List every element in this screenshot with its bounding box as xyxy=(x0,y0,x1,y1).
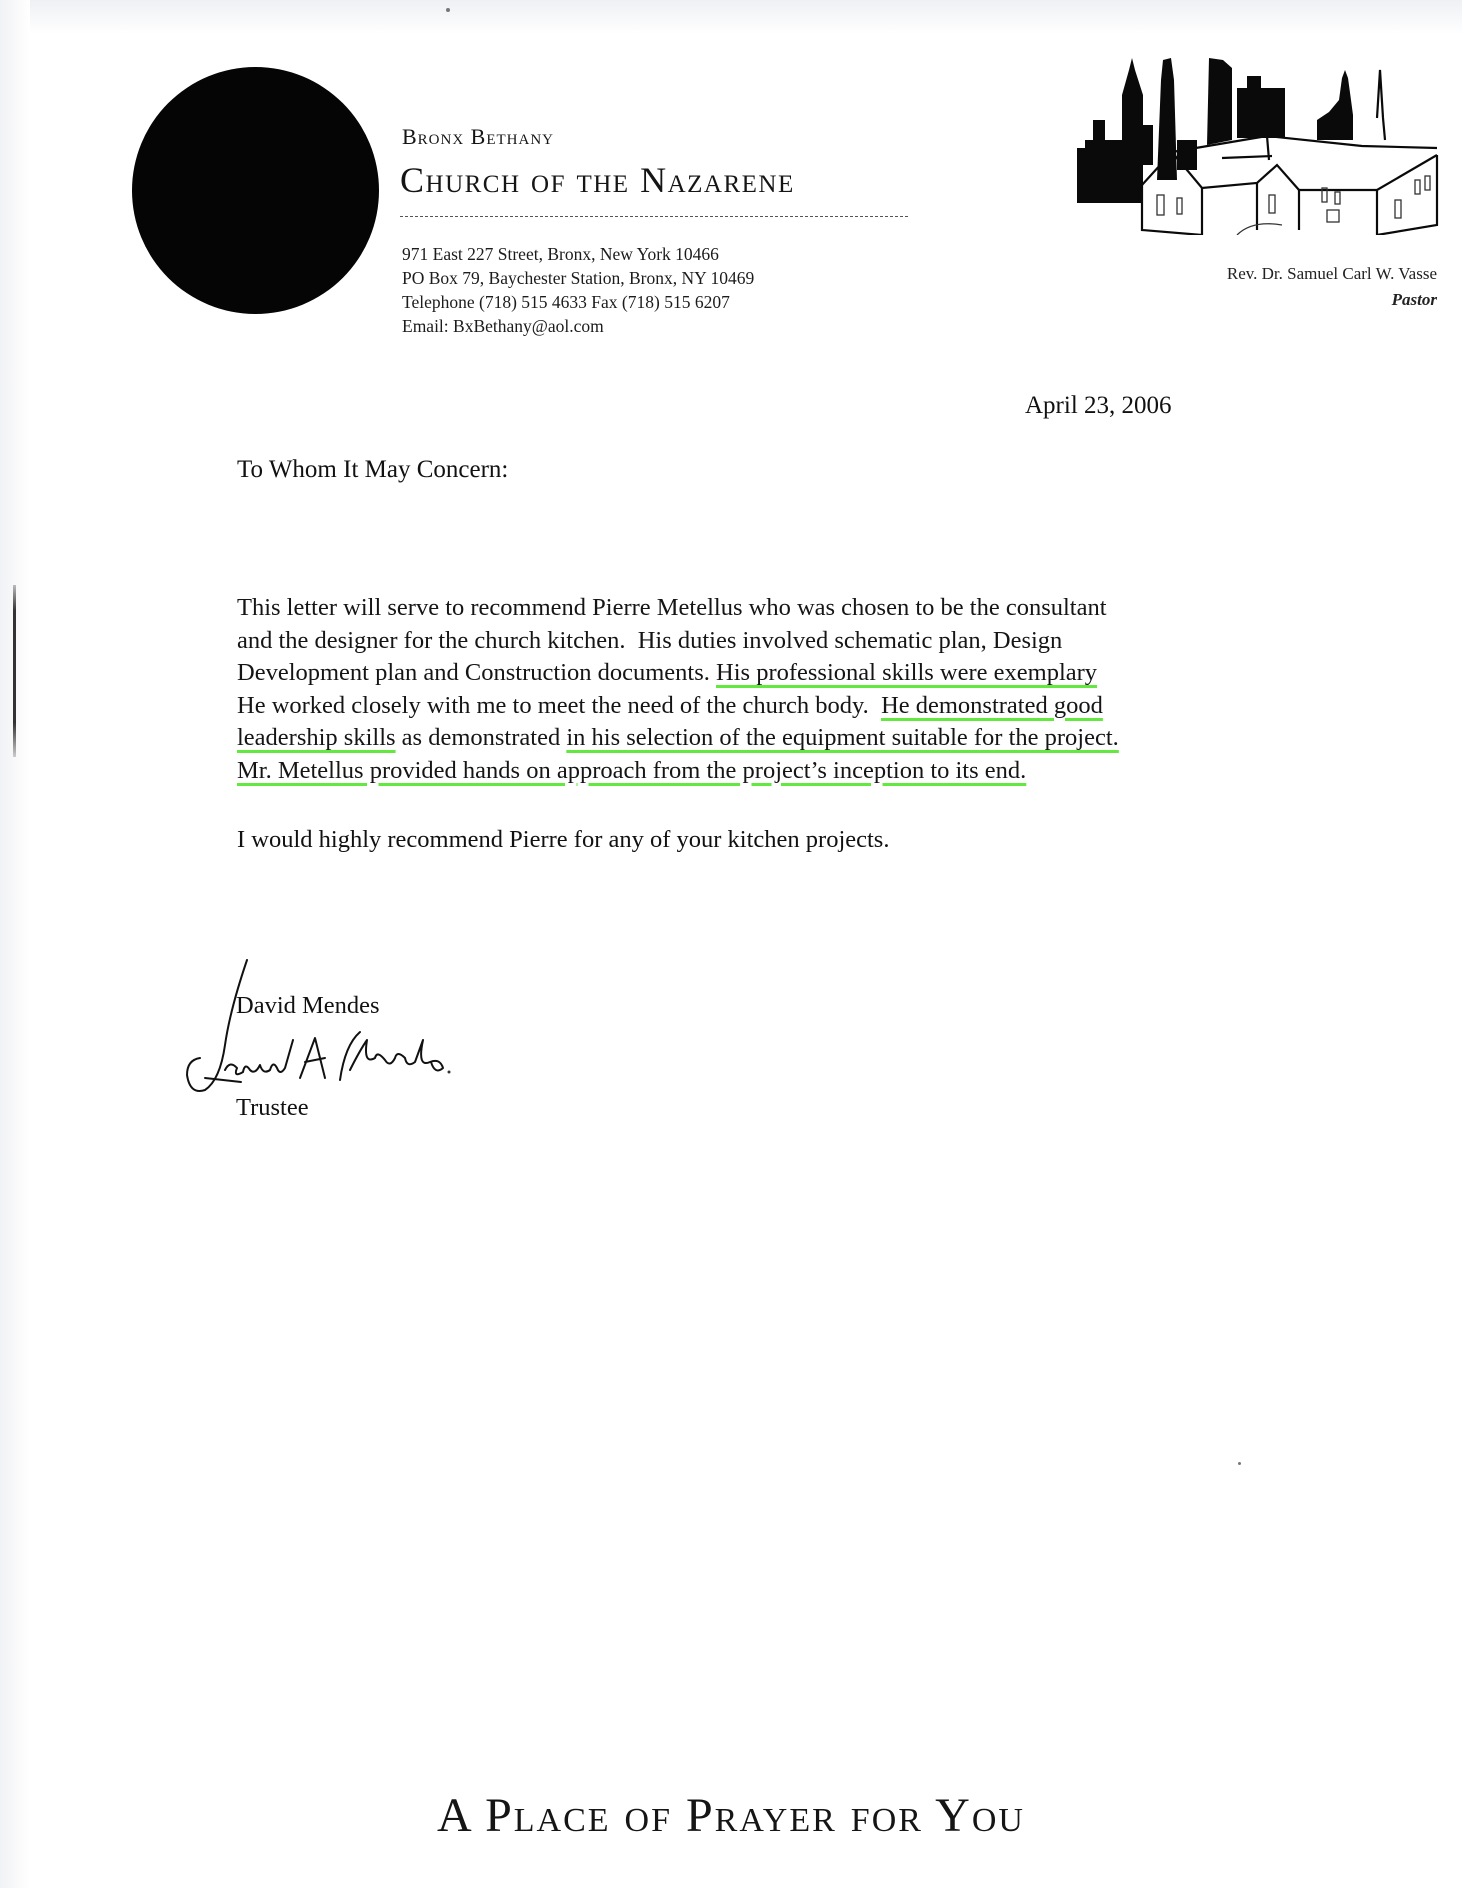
letter-closing: I would highly recommend Pierre for any … xyxy=(237,826,889,854)
body-text: This letter will serve to recommend Pier… xyxy=(237,594,1107,621)
pastor-title: Pastor xyxy=(1392,290,1437,310)
highlighted-text: in his selection of the equipment suitab… xyxy=(566,724,1118,751)
body-line: Mr. Metellus provided hands on approach … xyxy=(237,757,1026,785)
address-email: Email: BxBethany@aol.com xyxy=(402,316,604,337)
body-text: and the designer for the church kitchen.… xyxy=(237,627,1062,654)
letter-date: April 23, 2006 xyxy=(1025,392,1172,420)
body-line: He worked closely with me to meet the ne… xyxy=(237,692,1103,720)
body-line: and the designer for the church kitchen.… xyxy=(237,627,1062,655)
scan-edge-left xyxy=(0,0,30,1888)
footer-tagline: A Place of Prayer for You xyxy=(0,1788,1462,1843)
body-text: He worked closely with me to meet the ne… xyxy=(237,692,881,719)
highlighted-text: He demonstrated good xyxy=(881,692,1103,719)
highlighted-text: His professional skills were exemplary xyxy=(716,659,1097,686)
signer-name: David Mendes xyxy=(236,992,380,1020)
body-line: leadership skills as demonstrated in his… xyxy=(237,724,1119,752)
body-line: Development plan and Construction docume… xyxy=(237,659,1097,687)
signer-title: Trustee xyxy=(236,1094,309,1122)
scan-speck xyxy=(1238,1462,1241,1465)
body-text: Development plan and Construction docume… xyxy=(237,659,716,686)
highlighted-text: leadership skills xyxy=(237,724,396,751)
pastor-name: Rev. Dr. Samuel Carl W. Vasse xyxy=(1227,264,1437,284)
highlighted-text: Mr. Metellus provided hands on approach … xyxy=(237,757,1026,784)
scan-speck xyxy=(446,8,450,12)
letter-salutation: To Whom It May Concern: xyxy=(237,456,508,484)
scan-edge-mark xyxy=(13,585,16,757)
scan-edge-top xyxy=(0,0,1462,34)
org-name-line2: Church of the Nazarene xyxy=(400,159,795,201)
address-po-box: PO Box 79, Baychester Station, Bronx, NY… xyxy=(402,268,754,289)
body-text: as demonstrated xyxy=(396,724,567,751)
black-circle-seal-icon xyxy=(132,67,379,314)
org-name-line1: Bronx Bethany xyxy=(402,124,554,150)
body-line: This letter will serve to recommend Pier… xyxy=(237,594,1107,622)
church-skyline-logo-icon xyxy=(1077,40,1442,235)
address-street: 971 East 227 Street, Bronx, New York 104… xyxy=(402,244,719,265)
letterhead-divider xyxy=(400,216,908,217)
address-phone-fax: Telephone (718) 515 4633 Fax (718) 515 6… xyxy=(402,292,730,313)
